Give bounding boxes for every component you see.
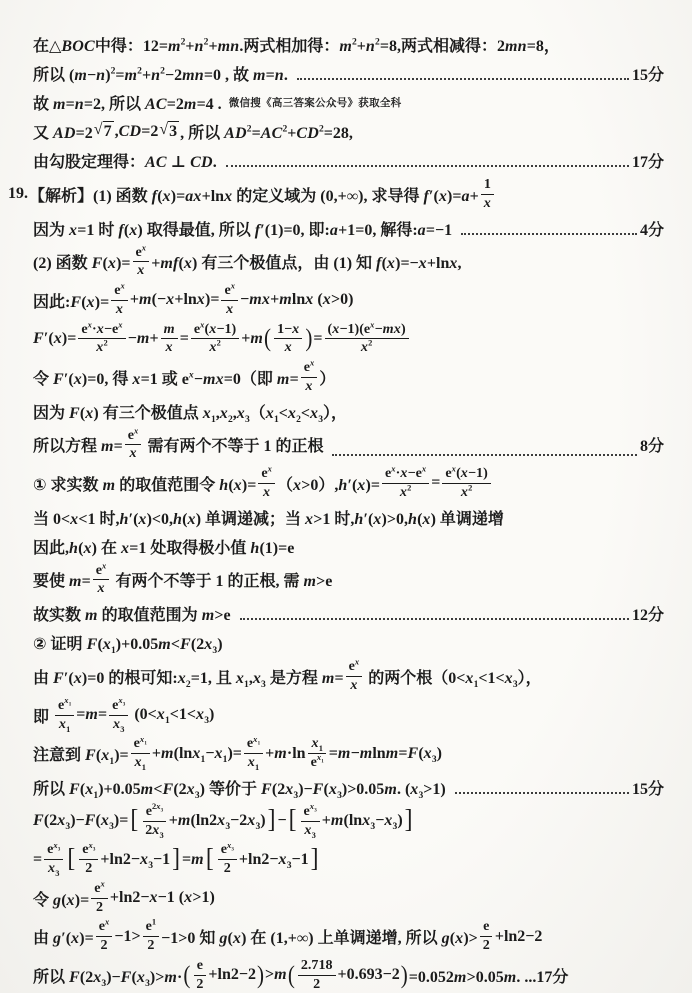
var: D xyxy=(235,125,247,142)
dotted-leader xyxy=(240,618,629,620)
text-run: 令 g(x)= xyxy=(33,887,89,910)
text-run: 由 F′(x)=0 的根可知:x2=1, 且 x1,x3 是方程 m= xyxy=(33,665,344,688)
var: x xyxy=(216,371,224,388)
subscript: 1 xyxy=(211,414,216,425)
var: C xyxy=(190,154,201,171)
var: A xyxy=(224,125,235,142)
var: x xyxy=(88,319,92,329)
text-run: 所以 F(2x3)−F(x3)>m· xyxy=(33,964,182,987)
var: n xyxy=(195,67,204,84)
subscript: 3 xyxy=(256,821,261,832)
superscript: x xyxy=(189,370,194,381)
dotted-leader xyxy=(455,792,629,794)
subscript: 3 xyxy=(55,868,59,878)
numerator: ex xyxy=(125,428,142,446)
text-run: 注意到 F(x1)= xyxy=(33,742,129,765)
text-run: (0<x1<1<x3) xyxy=(130,706,214,724)
big-bracket: [ xyxy=(206,846,214,873)
var: x xyxy=(196,706,204,723)
var: m xyxy=(339,38,352,55)
var: x xyxy=(422,511,430,528)
var: n xyxy=(275,67,284,84)
var: x xyxy=(214,745,222,762)
doc-line-15: 当 0<x<1 时,h′(x)<0,h(x) 单调递减；当 x>1 时,h′(x… xyxy=(33,503,664,532)
superscript: x xyxy=(391,464,395,474)
var: F xyxy=(85,747,96,764)
var: x xyxy=(187,781,195,798)
denominator: x2 xyxy=(358,339,375,356)
question-number: 19. xyxy=(8,185,28,203)
subscript: 3 xyxy=(204,715,209,726)
var: m xyxy=(158,636,171,653)
text-run: 2 xyxy=(313,976,320,992)
text-run: x1 xyxy=(135,754,146,770)
text-run: 有两个不等于 1 的正根, 需 m>e xyxy=(111,568,332,591)
var: x xyxy=(355,657,359,667)
denominator: 2 xyxy=(82,860,95,877)
var: n xyxy=(75,96,84,113)
var: x xyxy=(166,339,173,355)
var: F xyxy=(53,371,64,388)
var: x xyxy=(452,464,456,474)
fraction: ex2 xyxy=(96,919,113,954)
var: x xyxy=(142,242,146,252)
subscript: 3 xyxy=(312,829,316,839)
var: x xyxy=(101,812,109,829)
var: C xyxy=(296,125,307,142)
var: x xyxy=(263,484,270,500)
text-run: x1 xyxy=(311,735,322,751)
text-run: − xyxy=(278,812,287,830)
var: x xyxy=(419,255,427,272)
var: C xyxy=(272,125,283,142)
subscript: 3 xyxy=(393,821,398,832)
var: x xyxy=(305,511,313,528)
superscript: x1 xyxy=(64,695,71,705)
denominator: x xyxy=(260,484,273,501)
fraction: exx xyxy=(221,283,238,318)
var: m xyxy=(103,477,116,494)
var: m xyxy=(383,321,394,337)
var: x xyxy=(121,540,129,557)
text-run: =m xyxy=(182,851,204,869)
fraction: ex2 xyxy=(91,881,108,916)
numerator: ex3 xyxy=(109,698,128,716)
var: x xyxy=(69,222,77,239)
text-run: x2 xyxy=(361,339,372,355)
var: x xyxy=(455,930,463,947)
big-bracket: ] xyxy=(172,846,180,873)
var: A xyxy=(261,125,272,142)
fn-ln: ln xyxy=(504,928,517,945)
var: F xyxy=(33,812,44,829)
fn-ln: ln xyxy=(179,745,192,762)
big-bracket: ] xyxy=(405,808,413,835)
var: D xyxy=(201,154,213,171)
fraction: ex1x1 xyxy=(244,736,263,771)
doc-line-8: (2) 函数 F(x)=exx+mf(x) 有三个极值点，由 (1) 知 f(x… xyxy=(33,243,664,282)
numerator: ex3 xyxy=(301,804,320,822)
var: x xyxy=(184,889,192,906)
var: m xyxy=(139,291,152,308)
text-run: x1 xyxy=(248,754,259,770)
text-run: m xyxy=(164,321,175,337)
fraction: exx xyxy=(93,563,110,598)
text-run: >m xyxy=(265,966,287,984)
dotted-leader xyxy=(332,454,637,456)
big-bracket: ] xyxy=(268,808,276,835)
fn-ln: ln xyxy=(196,812,209,829)
var: x xyxy=(268,464,272,474)
subscript: 1 xyxy=(474,679,479,690)
text-run: 所以方程 m= xyxy=(33,433,123,456)
superscript: 2 xyxy=(160,66,165,77)
denominator: x2 xyxy=(93,339,110,356)
big-paren: ) xyxy=(305,326,312,351)
var: x xyxy=(116,301,123,317)
text-run: 当 0<x<1 时,h′(x)<0,h(x) 单调递减；当 x>1 时,h′(x… xyxy=(33,506,504,529)
text-run: ex xyxy=(94,880,105,896)
numerator: ex1 xyxy=(55,698,74,716)
document-body: 在△BOC中得：12=m2+n2+mn.两式相加得：m2+n2=8,两式相减得：… xyxy=(33,30,664,993)
var: g xyxy=(53,930,61,947)
doc-line-17: 要使 m=exx 有两个不等于 1 的正根, 需 m>e xyxy=(33,561,664,600)
text-run: 2 xyxy=(147,937,154,953)
subscript: 3 xyxy=(145,978,150,989)
fraction: exx xyxy=(133,245,150,280)
text-run: 由 g′(x)= xyxy=(33,925,94,948)
text-run: 因为 x=1 时 f(x) 取得最值, 所以 f′(1)=0, 即:a+1=0,… xyxy=(33,217,456,240)
subscript: 3 xyxy=(109,821,114,832)
fn-ln: ln xyxy=(436,255,449,272)
var: n xyxy=(195,38,204,55)
var: n xyxy=(96,67,105,84)
superscript: x xyxy=(134,425,138,435)
text-run: x3 xyxy=(304,822,315,838)
var: x xyxy=(100,878,104,888)
denominator: 2x3 xyxy=(142,822,167,839)
text-run: ex(x−1) xyxy=(194,321,236,337)
var: x xyxy=(231,280,235,290)
numerator: m xyxy=(161,322,178,340)
text-run: +ln2−2 xyxy=(495,928,543,946)
text-run: 因此,h(x) 在 x=1 处取得极小值 h(1)=e xyxy=(33,535,294,558)
var: m xyxy=(191,851,204,868)
subscript: 1 xyxy=(144,740,147,746)
var: x xyxy=(67,892,75,909)
text-run: 2.718 xyxy=(301,957,333,973)
fn-ln: ln xyxy=(292,745,305,762)
numerator: ex xyxy=(93,563,110,581)
score-label: 8分 xyxy=(640,433,664,456)
numerator: ex xyxy=(221,283,238,301)
text-run: F(2x3)−F(x3)= xyxy=(33,812,128,830)
var: m xyxy=(303,573,316,590)
subscript: 3 xyxy=(120,723,124,733)
var: m xyxy=(454,969,467,986)
denominator: 2 xyxy=(98,937,111,954)
big-bracket: [ xyxy=(289,808,297,835)
var: B xyxy=(61,38,72,55)
superscript: x3 xyxy=(53,840,60,850)
var: n xyxy=(230,38,239,55)
var: m xyxy=(249,291,262,308)
var: m xyxy=(274,966,287,983)
numerator: ex xyxy=(346,659,363,677)
text-run: = xyxy=(313,330,322,348)
superscript: x xyxy=(200,319,204,329)
superscript: x3 xyxy=(310,801,317,811)
var: x xyxy=(163,188,171,205)
subscript: 1 xyxy=(165,715,170,726)
subscript: 1 xyxy=(93,790,98,801)
var: x xyxy=(187,511,195,528)
fraction: ex32 xyxy=(79,842,98,877)
superscript: x xyxy=(118,319,122,329)
var: h xyxy=(219,477,228,494)
var: x xyxy=(178,670,186,687)
denominator: x2 xyxy=(458,484,475,501)
text-run: x2 xyxy=(400,484,411,500)
exam-solution-page: 在△BOC中得：12=m2+n2+mn.两式相加得：m2+n2=8,两式相减得：… xyxy=(0,0,692,993)
var: m xyxy=(164,969,177,986)
var: m xyxy=(164,321,175,337)
subscript: 3 xyxy=(337,790,342,801)
superscript: 2 xyxy=(181,37,186,48)
var: x xyxy=(74,670,82,687)
numerator: ex(x−1) xyxy=(442,466,490,484)
var: C xyxy=(84,38,95,55)
text-run: x xyxy=(166,339,173,355)
var: x xyxy=(234,477,242,494)
var: m xyxy=(182,67,195,84)
var: h xyxy=(119,511,128,528)
subscript: 1 xyxy=(109,756,114,767)
var: x xyxy=(350,677,357,693)
superscript: x1 xyxy=(317,752,324,762)
fn-ln: ln xyxy=(248,851,261,868)
text-run: 所以 F(x1)+0.05m<F(2x3) 等价于 F(2x3)−F(x3)>0… xyxy=(33,776,450,799)
numerator: e xyxy=(480,919,492,937)
fn-ln: ln xyxy=(372,745,385,762)
text-run: 【解析】(1) 函数 f(x)=ax+lnx 的定义域为 (0,+∞), 求导得… xyxy=(29,183,479,206)
numerator: ex1 xyxy=(131,736,150,754)
superscript: 2 xyxy=(104,338,108,348)
text-run: x xyxy=(305,378,312,394)
fraction: exx xyxy=(301,360,318,395)
subscript: 3 xyxy=(212,645,217,656)
denominator: x3 xyxy=(110,716,127,733)
denominator: x xyxy=(481,195,494,212)
text-run: 2x3 xyxy=(145,822,164,838)
var: x xyxy=(226,301,233,317)
var: F xyxy=(69,969,80,986)
denominator: x3 xyxy=(301,822,318,839)
text-run: 因此:F(x)= xyxy=(33,289,109,312)
doc-line-12: 因为 F(x) 有三个极值点 x1,x2,x3（x1<x2<x3）， xyxy=(33,397,664,426)
text-run: x xyxy=(116,301,123,317)
var: m xyxy=(124,67,137,84)
text-run: x3 xyxy=(113,716,124,732)
numerator: 1−x xyxy=(274,322,302,340)
text-run: +m(−x+lnx)= xyxy=(130,291,220,309)
subscript: 1 xyxy=(223,754,228,765)
var: F xyxy=(180,636,191,653)
text-run: x1 xyxy=(59,716,70,732)
var: x xyxy=(310,405,318,422)
var: m xyxy=(178,812,191,829)
var: n xyxy=(518,38,527,55)
text-run: +0.693−2 xyxy=(338,966,400,984)
var: m xyxy=(184,96,197,113)
score-label: 12分 xyxy=(632,602,664,625)
var: h xyxy=(408,511,417,528)
text-run: x xyxy=(484,195,491,211)
text-run: 故 m=n=2, 所以 AC=2m=4 . xyxy=(33,91,226,114)
text-run: ,CD=2 xyxy=(115,123,159,141)
superscript: 2 xyxy=(468,482,472,492)
var: m xyxy=(53,96,66,113)
text-run: x xyxy=(350,677,357,693)
superscript: 2 xyxy=(137,66,142,77)
var: D xyxy=(64,125,76,142)
text-run: −1> xyxy=(114,928,140,946)
text-run: ex xyxy=(304,359,315,375)
numerator: ex xyxy=(96,919,113,937)
var: m xyxy=(505,38,518,55)
const-e: e xyxy=(483,918,489,934)
var: m xyxy=(168,38,181,55)
var: x xyxy=(484,195,491,211)
var: x xyxy=(203,405,211,422)
text-run: x xyxy=(130,445,137,461)
text-run: −1>0 知 g(x) 在 (1,+∞) 上单调递增, 所以 g(x)> xyxy=(161,925,478,948)
text-run: 需有两个不等于 1 的正根 xyxy=(143,433,327,456)
var: F xyxy=(121,969,132,986)
fraction: ex·x−exx2 xyxy=(382,466,429,501)
var: m xyxy=(504,969,517,986)
text-run: 1 xyxy=(484,176,491,192)
var: x xyxy=(209,339,216,355)
superscript: 2 xyxy=(375,37,380,48)
numerator: ex(x−1) xyxy=(191,322,239,340)
superscript: x xyxy=(102,560,106,570)
var: O xyxy=(72,38,84,55)
superscript: x1 xyxy=(140,734,147,744)
superscript: 2 xyxy=(368,338,372,348)
text-run: +m(lnx1−x1)= xyxy=(152,745,242,763)
text-run: ① 求实数 m 的取值范围令 h(x)= xyxy=(33,472,256,495)
var: x xyxy=(74,371,82,388)
var: m xyxy=(101,438,114,455)
numerator: ex xyxy=(111,283,128,301)
text-run: 在△BOC中得：12=m2+n2+mn.两式相加得：m2+n2=8,两式相减得：… xyxy=(33,33,560,56)
text-run: x3 xyxy=(48,860,59,876)
superscript: x3 xyxy=(118,695,125,705)
denominator: x2 xyxy=(397,484,414,501)
fraction: e2 xyxy=(480,919,493,954)
var: D xyxy=(129,123,141,140)
big-bracket: [ xyxy=(130,808,138,835)
denominator: 2 xyxy=(193,976,206,993)
dotted-leader xyxy=(226,165,629,167)
subscript: 3 xyxy=(123,702,126,708)
var: x xyxy=(193,188,201,205)
denominator: ex1 xyxy=(308,754,327,771)
var: f xyxy=(173,255,179,272)
var: f xyxy=(255,222,261,239)
superscript: 2 xyxy=(111,66,116,77)
var: x xyxy=(96,339,103,355)
var: a xyxy=(418,222,426,239)
text-run: 因为 F(x) 有三个极值点 x1,x2,x3（x1<x2<x3）， xyxy=(33,400,347,423)
var: m xyxy=(277,371,290,388)
var: x xyxy=(135,754,142,770)
text-run: e xyxy=(483,918,489,934)
var: h xyxy=(250,540,259,557)
text-run: x2 xyxy=(96,339,107,355)
var: x xyxy=(332,321,339,337)
subscript: 3 xyxy=(261,679,266,690)
numerator: ex xyxy=(133,245,150,263)
denominator: x2 xyxy=(206,339,223,356)
doc-line-26: 令 g(x)=ex2+ln2−x−1 (x>1) xyxy=(33,879,664,918)
var: x xyxy=(505,670,513,687)
subscript: 2 xyxy=(186,679,191,690)
var: x xyxy=(132,371,140,388)
text-run: 要使 m= xyxy=(33,568,91,591)
var: x xyxy=(248,754,255,770)
text-run: ② 证明 F(x1)+0.05m<F(2x3) xyxy=(33,631,223,654)
subscript: 3 xyxy=(161,808,164,814)
denominator: 2 xyxy=(310,976,323,993)
var: C xyxy=(156,154,167,171)
var: x xyxy=(304,822,311,838)
fraction: ex1x1 xyxy=(55,698,74,733)
fraction: x1ex1 xyxy=(308,736,327,771)
var: x xyxy=(305,291,313,308)
var: x xyxy=(285,339,292,355)
doc-line-18: 故实数 m 的取值范围为 m>e 12分 xyxy=(33,599,664,628)
text-run: +m(lnx3−x3) xyxy=(322,812,403,830)
var: x xyxy=(391,464,395,474)
fn-ln: ln xyxy=(183,291,196,308)
doc-line-11: 令 F′(x)=0, 得 x=1 或 ex−mx=0（即 m=exx） xyxy=(33,358,664,397)
var: x xyxy=(129,222,137,239)
var: x xyxy=(71,930,79,947)
var: n xyxy=(151,67,160,84)
var: x xyxy=(137,969,145,986)
fraction: ex·x−exx2 xyxy=(78,322,125,357)
var: F xyxy=(407,745,418,762)
superscript: x xyxy=(120,280,124,290)
var: x xyxy=(87,294,95,311)
var: x xyxy=(152,822,159,838)
numerator: 1 xyxy=(481,177,494,195)
denominator: x xyxy=(302,378,315,395)
text-run: 2 xyxy=(101,937,108,953)
var: x xyxy=(85,405,93,422)
var: g xyxy=(53,892,61,909)
radical-sign: √ xyxy=(159,121,168,139)
var: x xyxy=(311,735,318,751)
text-run: x xyxy=(98,580,105,596)
var: C xyxy=(119,123,130,140)
fraction: exx xyxy=(258,466,275,501)
subscript: 1 xyxy=(244,679,249,690)
const-e: e xyxy=(197,957,203,973)
numerator: ex·x−ex xyxy=(382,466,429,484)
